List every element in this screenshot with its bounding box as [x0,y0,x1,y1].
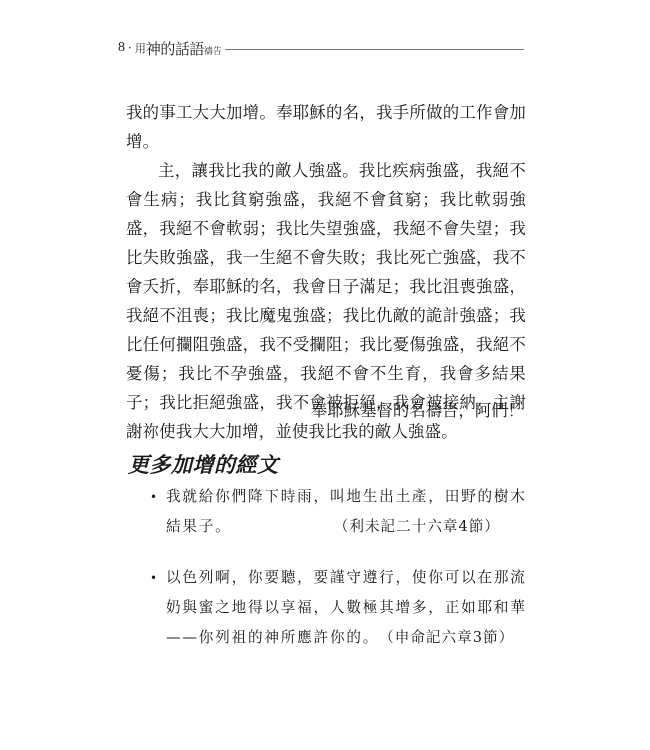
bullet-icon: • [150,482,166,512]
verse-reference: （申命記六章3節） [379,623,514,653]
header-title-prefix: 用 [135,40,146,56]
verse-item: • 我就給你們降下時雨，叫地生出土產，田野的樹木 結果子。 （利未記二十六章4節… [150,482,500,542]
header-rule [225,49,524,50]
running-header: 8 · 用 神的話語 禱告 [118,38,524,58]
verse-item: • 以色列啊，你要聽，要謹守遵行，使你可以在那流 奶與蜜之地得以享福，人數極其增… [150,563,500,653]
verse-text: 結果子。 [166,512,232,542]
verse-reference: （利未記二十六章4節） [334,512,500,542]
verse-text: 奶與蜜之地得以享福，人數極其增多，正如耶和華 [166,593,527,623]
prayer-paragraph-1: 我的事工大大加增。奉耶穌的名，我手所做的工作會加增。 [126,98,526,156]
prayer-text: 我的事工大大加增。奉耶穌的名，我手所做的工作會加增。 主，讓我比我的敵人強盛。我… [126,98,526,446]
verse-text: ——你列祖的神所應許你的。 [166,623,379,653]
header-title-main: 神的話語 [146,38,204,59]
header-separator: · [128,41,132,55]
section-heading: 更多加增的經文 [128,449,279,479]
bullet-icon: • [150,563,166,593]
page-number: 8 [118,40,125,56]
header-title-suffix: 禱告 [204,44,222,57]
verse-text: 我就給你們降下時雨，叫地生出土產，田野的樹木 [166,482,527,512]
verse-text: 以色列啊，你要聽，要謹守遵行，使你可以在那流 [166,563,527,593]
prayer-signoff: 奉耶穌基督的名禱告，阿們！ [311,396,524,425]
